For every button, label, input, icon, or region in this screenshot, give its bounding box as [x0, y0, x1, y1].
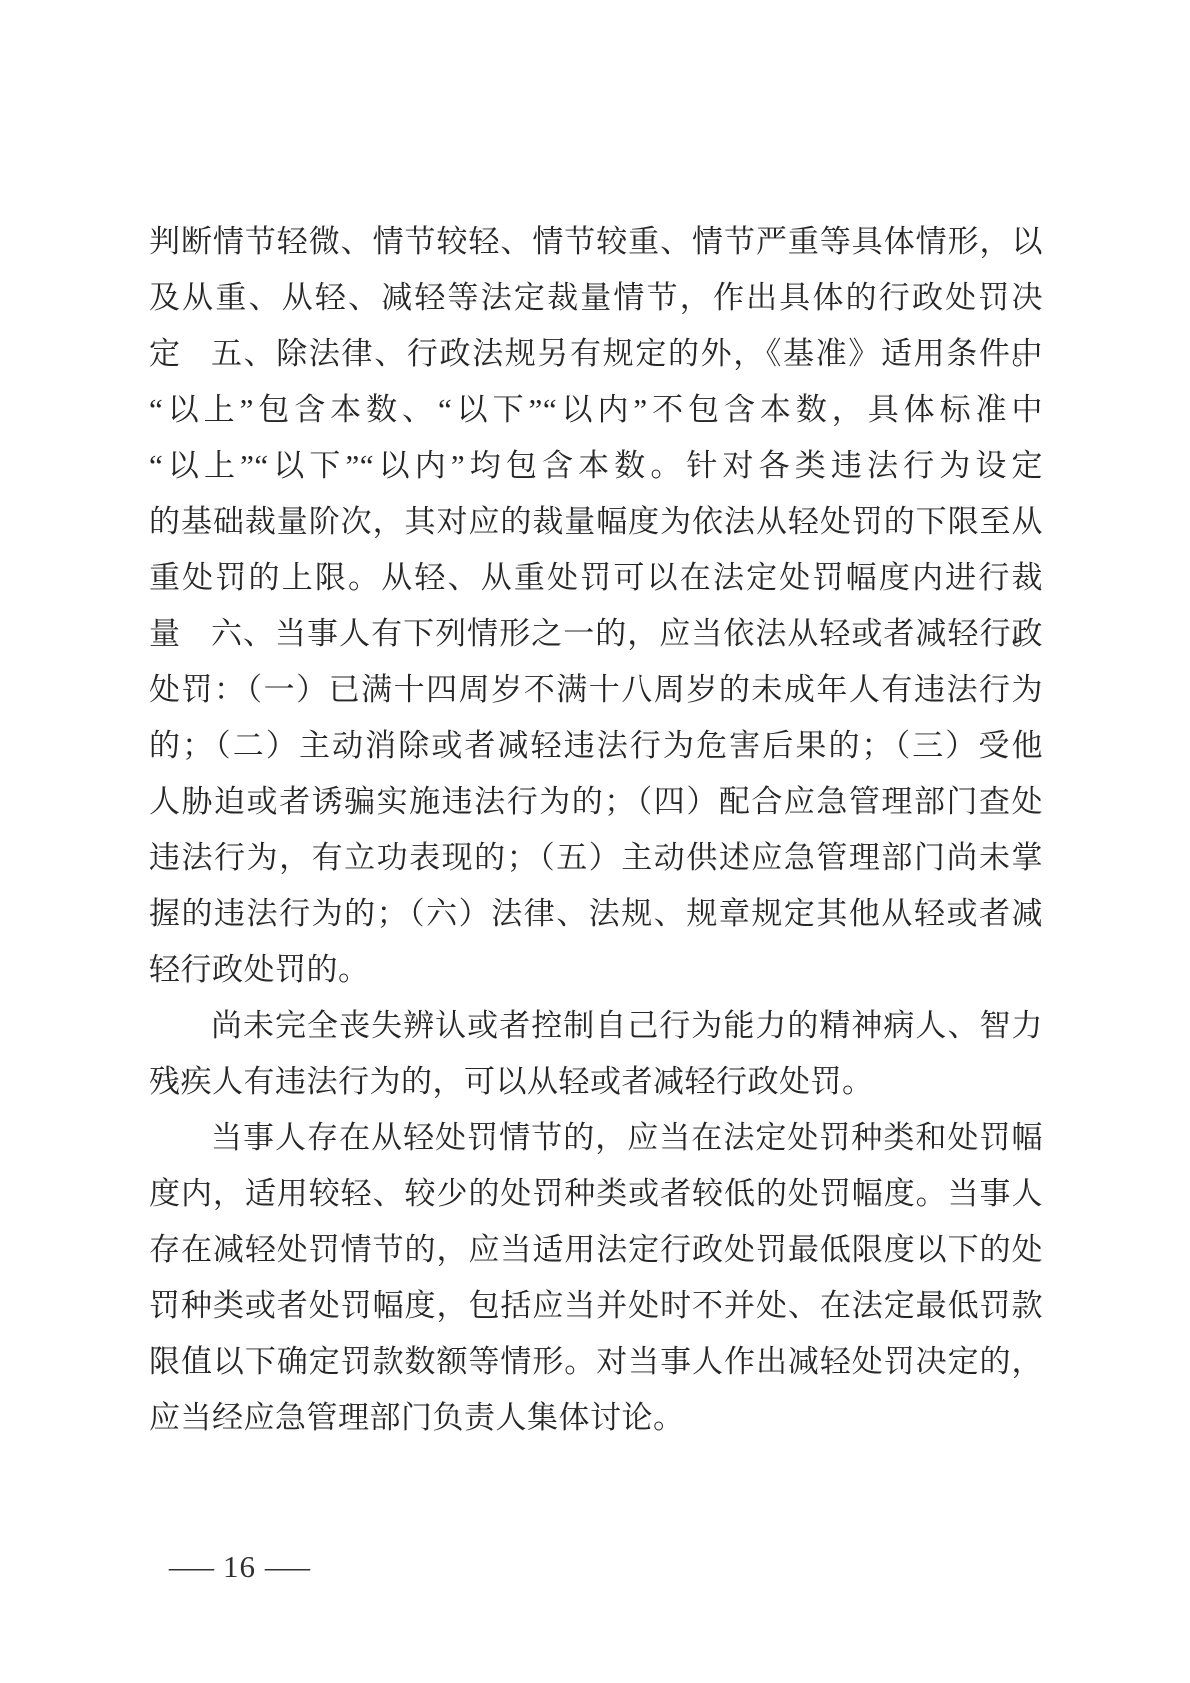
- text-line: “以上”包含本数、“以下”“以内”不包含本数，具体标准中: [149, 382, 1043, 438]
- text-line: 存在减轻处罚情节的，应当适用法定行政处罚最低限度以下的处: [149, 1222, 1043, 1278]
- text-line: 的基础裁量阶次，其对应的裁量幅度为依法从轻处罚的下限至从: [149, 494, 1043, 550]
- footer-dash-left: —: [169, 1549, 214, 1585]
- text-line: 违法行为，有立功表现的；（五）主动供述应急管理部门尚未掌: [149, 830, 1043, 886]
- text-line: 当事人存在从轻处罚情节的，应当在法定处罚种类和处罚幅: [149, 1110, 1043, 1166]
- text-line: 应当经应急管理部门负责人集体讨论。: [149, 1390, 1043, 1446]
- document-page: 判断情节轻微、情节较轻、情节较重、情节严重等具体情形，以 及从重、从轻、减轻等法…: [0, 0, 1190, 1683]
- document-body: 判断情节轻微、情节较轻、情节较重、情节严重等具体情形，以 及从重、从轻、减轻等法…: [149, 214, 1043, 1446]
- text-line: 六、当事人有下列情形之一的，应当依法从轻或者减轻行政: [149, 606, 1043, 662]
- text-line: 尚未完全丧失辨认或者控制自己行为能力的精神病人、智力: [149, 998, 1043, 1054]
- text-line: 处罚：（一）已满十四周岁不满十八周岁的未成年人有违法行为: [149, 662, 1043, 718]
- text-line: 五、除法律、行政法规另有规定的外，《基准》适用条件中: [149, 326, 1043, 382]
- text-line: 人胁迫或者诱骗实施违法行为的；（四）配合应急管理部门查处: [149, 774, 1043, 830]
- text-line: 握的违法行为的；（六）法律、法规、规章规定其他从轻或者减: [149, 886, 1043, 942]
- footer-dash-right: —: [265, 1549, 310, 1585]
- text-line: 罚种类或者处罚幅度，包括应当并处时不并处、在法定最低罚款: [149, 1278, 1043, 1334]
- text-line: 轻行政处罚的。: [149, 942, 1043, 998]
- text-line: 的；（二）主动消除或者减轻违法行为危害后果的；（三）受他: [149, 718, 1043, 774]
- text-line: “以上”“以下”“以内”均包含本数。针对各类违法行为设定: [149, 438, 1043, 494]
- page-footer: — 16 —: [176, 1549, 303, 1585]
- text-line: 重处罚的上限。从轻、从重处罚可以在法定处罚幅度内进行裁量。: [149, 550, 1043, 606]
- text-line: 限值以下确定罚款数额等情形。对当事人作出减轻处罚决定的，: [149, 1334, 1043, 1390]
- text-line: 残疾人有违法行为的，可以从轻或者减轻行政处罚。: [149, 1054, 1043, 1110]
- text-line: 度内，适用较轻、较少的处罚种类或者较低的处罚幅度。当事人: [149, 1166, 1043, 1222]
- page-number: 16: [223, 1549, 256, 1585]
- text-line: 判断情节轻微、情节较轻、情节较重、情节严重等具体情形，以: [149, 214, 1043, 270]
- text-line: 及从重、从轻、减轻等法定裁量情节，作出具体的行政处罚决定。: [149, 270, 1043, 326]
